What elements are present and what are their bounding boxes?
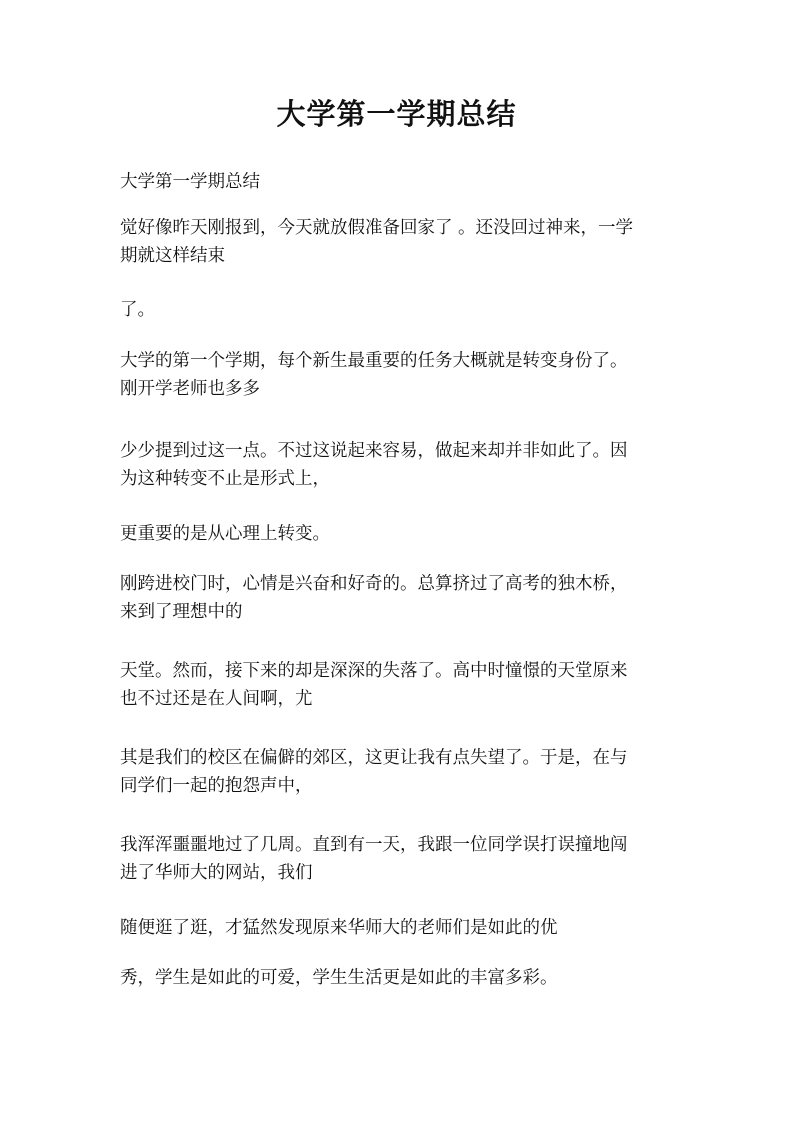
paragraph-line: 刚跨进校门时，心情是兴奋和好奇的。总算挤过了高考的独木桥， — [120, 570, 680, 598]
paragraph-line: 大学的第一个学期，每个新生最重要的任务大概就是转变身份了。 — [120, 347, 680, 375]
paragraph: 其是我们的校区在偏僻的郊区，这更让我有点失望了。于是，在与 同学们一起的抱怨声中… — [120, 744, 680, 800]
paragraph: 天堂。然而，接下来的却是深深的失落了。高中时憧憬的天堂原来 也不过还是在人间啊，… — [120, 657, 680, 713]
paragraph: 秀，学生是如此的可爱，学生生活更是如此的丰富多彩。 — [120, 964, 680, 992]
paragraph-line: 进了华师大的网站，我们 — [120, 859, 680, 887]
paragraph-line: 觉好像昨天刚报到，今天就放假准备回家了 。还没回过神来，一学 — [120, 214, 680, 242]
paragraph-line: 也不过还是在人间啊，尤 — [120, 685, 680, 713]
paragraph-line: 少少提到过这一点。不过这说起来容易，做起来却并非如此了。因 — [120, 437, 680, 465]
document-title: 大学第一学期总结 — [0, 96, 793, 132]
paragraph-line: 我浑浑噩噩地过了几周。直到有一天，我跟一位同学误打误撞地闯 — [120, 831, 680, 859]
paragraph-line: 了。 — [120, 296, 680, 324]
paragraph: 随便逛了逛，才猛然发现原来华师大的老师们是如此的优 — [120, 914, 680, 942]
paragraph: 了。 — [120, 296, 680, 324]
paragraph-line: 秀，学生是如此的可爱，学生生活更是如此的丰富多彩。 — [120, 964, 680, 992]
paragraph: 更重要的是从心理上转变。 — [120, 520, 680, 548]
paragraph-line: 刚开学老师也多多 — [120, 375, 680, 403]
paragraph-line: 更重要的是从心理上转变。 — [120, 520, 680, 548]
paragraph-line: 大学第一学期总结 — [120, 168, 680, 196]
paragraph-line: 同学们一起的抱怨声中， — [120, 772, 680, 800]
paragraph: 我浑浑噩噩地过了几周。直到有一天，我跟一位同学误打误撞地闯 进了华师大的网站，我… — [120, 831, 680, 887]
paragraph: 觉好像昨天刚报到，今天就放假准备回家了 。还没回过神来，一学 期就这样结束 — [120, 214, 680, 270]
paragraph-line: 天堂。然而，接下来的却是深深的失落了。高中时憧憬的天堂原来 — [120, 657, 680, 685]
paragraph: 大学的第一个学期，每个新生最重要的任务大概就是转变身份了。 刚开学老师也多多 — [120, 347, 680, 403]
paragraph-line: 其是我们的校区在偏僻的郊区，这更让我有点失望了。于是，在与 — [120, 744, 680, 772]
paragraph-line: 期就这样结束 — [120, 242, 680, 270]
paragraph: 少少提到过这一点。不过这说起来容易，做起来却并非如此了。因 为这种转变不止是形式… — [120, 437, 680, 493]
paragraph-subtitle: 大学第一学期总结 — [120, 168, 680, 196]
paragraph-line: 来到了理想中的 — [120, 598, 680, 626]
paragraph: 刚跨进校门时，心情是兴奋和好奇的。总算挤过了高考的独木桥， 来到了理想中的 — [120, 570, 680, 626]
paragraph-line: 随便逛了逛，才猛然发现原来华师大的老师们是如此的优 — [120, 914, 680, 942]
paragraph-line: 为这种转变不止是形式上， — [120, 465, 680, 493]
document-page: 大学第一学期总结 大学第一学期总结 觉好像昨天刚报到，今天就放假准备回家了 。还… — [0, 0, 793, 1122]
